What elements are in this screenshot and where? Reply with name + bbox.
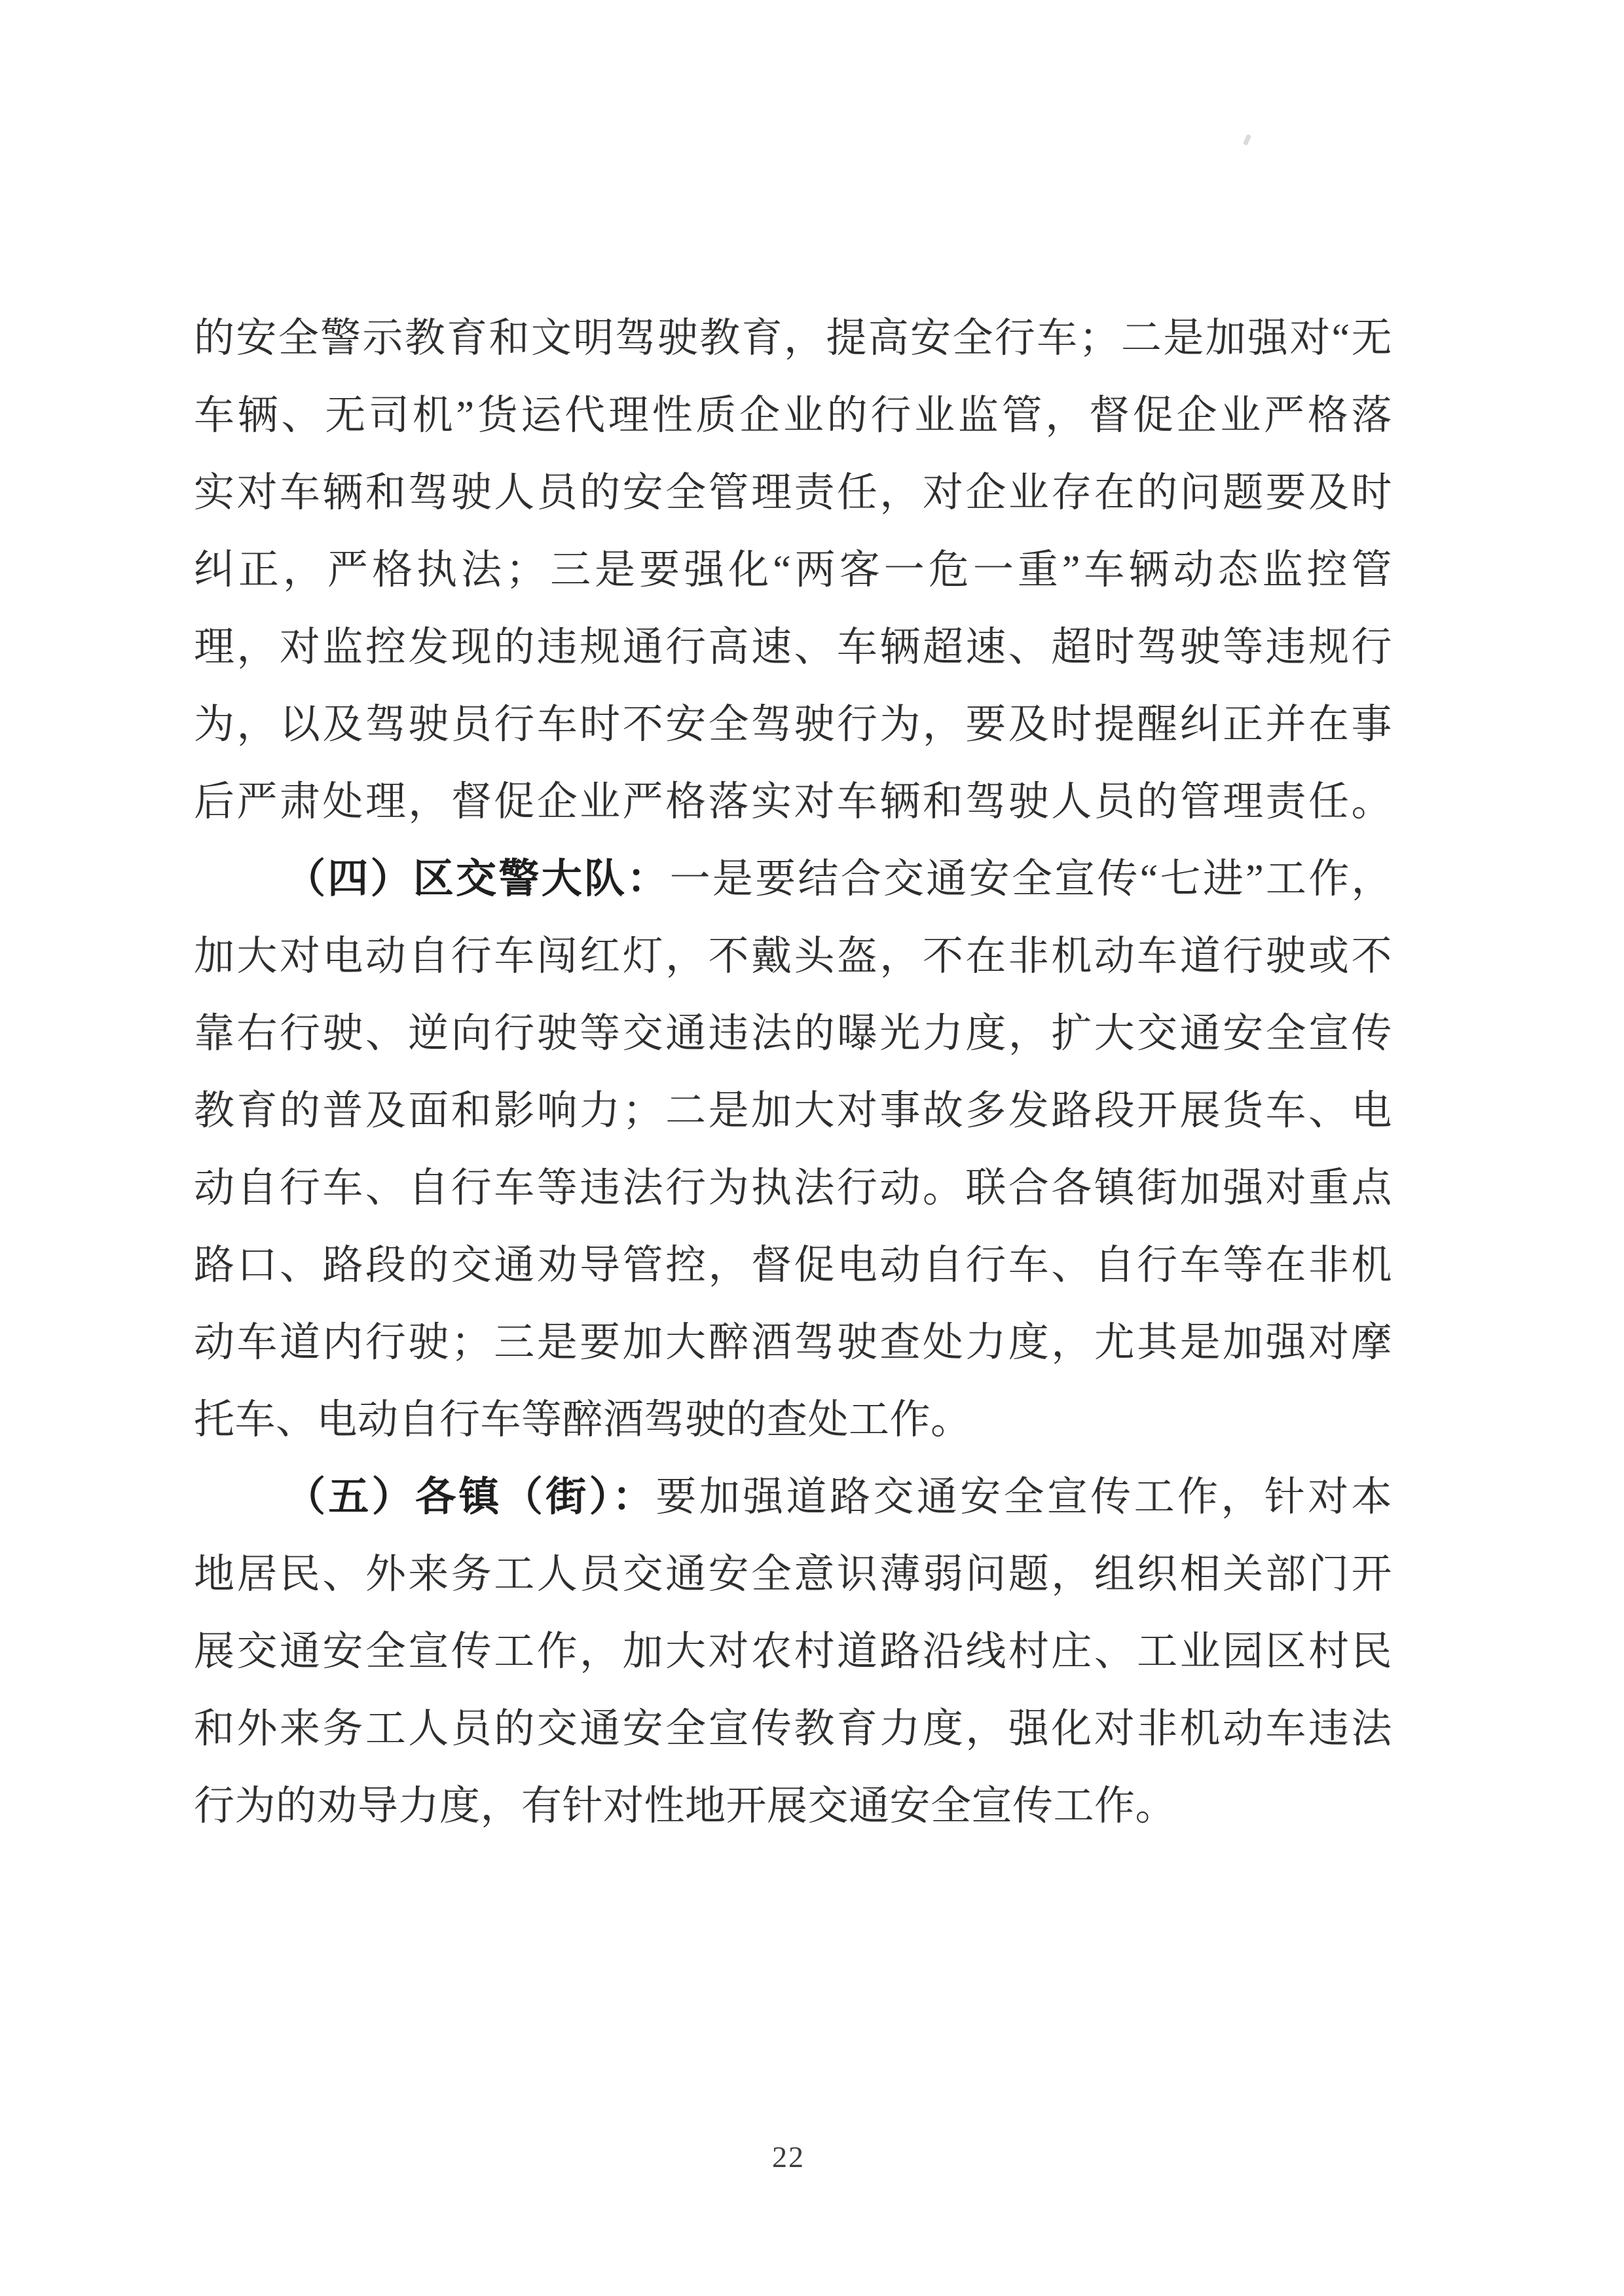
text-line: 的安全警示教育和文明驾驶教育，提高安全行车；二是加强对“无 (194, 300, 1392, 377)
text-line: 后严肃处理，督促企业严格落实对车辆和驾驶人员的管理责任。 (194, 763, 1392, 841)
text-line: 和外来务工人员的交通安全宣传教育力度，强化对非机动车违法 (194, 1690, 1392, 1768)
text-line: 理，对监控发现的违规通行高速、车辆超速、超时驾驶等违规行 (194, 609, 1392, 686)
scan-speck (1243, 134, 1251, 145)
text-line: 车辆、无司机”货运代理性质企业的行业监管，督促企业严格落 (194, 377, 1392, 454)
text-line: 为，以及驾驶员行车时不安全驾驶行为，要及时提醒纠正并在事 (194, 686, 1392, 763)
page-number: 22 (772, 2140, 805, 2174)
section-four-first-line: （四）区交警大队：一是要结合交通安全宣传“七进”工作， (194, 841, 1392, 918)
text-line: 托车、电动自行车等醉酒驾驶的查处工作。 (194, 1381, 1392, 1459)
text-line: 路口、路段的交通劝导管控，督促电动自行车、自行车等在非机 (194, 1227, 1392, 1304)
text-line: 加大对电动自行车闯红灯，不戴头盔，不在非机动车道行驶或不 (194, 918, 1392, 995)
section-four-heading: （四）区交警大队： (285, 857, 670, 902)
text-line: 行为的劝导力度，有针对性地开展交通安全宣传工作。 (194, 1768, 1392, 1845)
document-text: 的安全警示教育和文明驾驶教育，提高安全行车；二是加强对“无 车辆、无司机”货运代… (194, 300, 1392, 1845)
section-four-lead: 一是要结合交通安全宣传“七进”工作， (670, 857, 1392, 902)
section-five-heading: （五）各镇（街）： (285, 1475, 655, 1520)
text-line: 纠正，严格执法；三是要强化“两客一危一重”车辆动态监控管 (194, 532, 1392, 609)
section-five-first-line: （五）各镇（街）：要加强道路交通安全宣传工作，针对本 (194, 1459, 1392, 1536)
text-line: 教育的普及面和影响力；二是加大对事故多发路段开展货车、电 (194, 1072, 1392, 1150)
section-five-lead: 要加强道路交通安全宣传工作，针对本 (655, 1475, 1392, 1520)
text-line: 靠右行驶、逆向行驶等交通违法的曝光力度，扩大交通安全宣传 (194, 995, 1392, 1072)
document-page: 的安全警示教育和文明驾驶教育，提高安全行车；二是加强对“无 车辆、无司机”货运代… (0, 0, 1624, 2296)
text-line: 实对车辆和驾驶人员的安全管理责任，对企业存在的问题要及时 (194, 454, 1392, 532)
text-line: 地居民、外来务工人员交通安全意识薄弱问题，组织相关部门开 (194, 1536, 1392, 1613)
text-line: 动自行车、自行车等违法行为执法行动。联合各镇街加强对重点 (194, 1150, 1392, 1227)
text-line: 动车道内行驶；三是要加大醉酒驾驶查处力度，尤其是加强对摩 (194, 1304, 1392, 1381)
text-line: 展交通安全宣传工作，加大对农村道路沿线村庄、工业园区村民 (194, 1613, 1392, 1690)
